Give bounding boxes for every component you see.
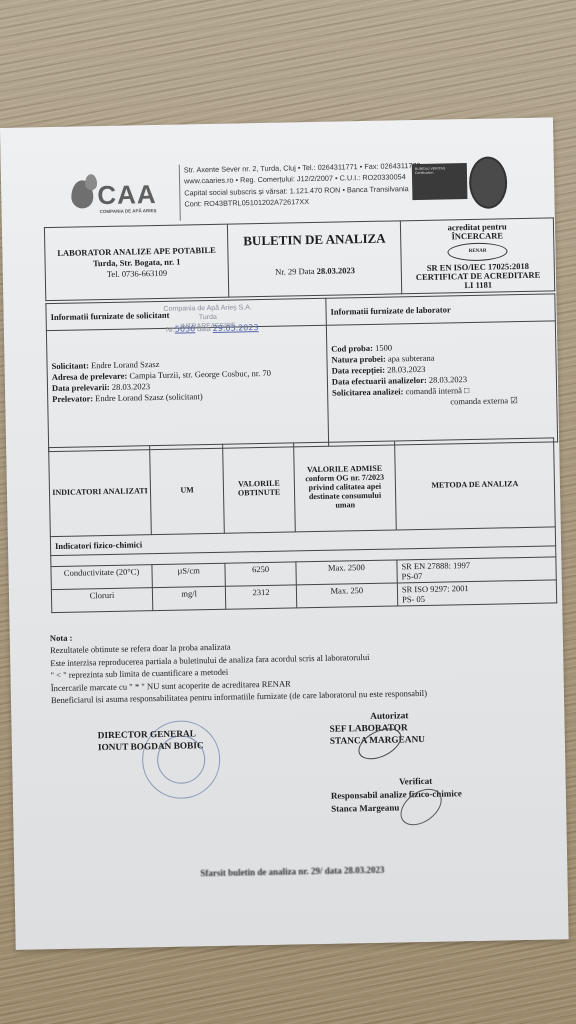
- bulletin-nr-label: Nr. 29 Data: [275, 266, 315, 277]
- column-header: METODA DE ANALIZA: [394, 438, 555, 530]
- field-value: Campia Turzii, str. George Cosbuc, nr. 7…: [129, 368, 271, 381]
- bulletin-title-cell: BULETIN DE ANALIZA Nr. 29 Data 28.03.202…: [228, 221, 402, 297]
- registry-date-label: data: [197, 326, 211, 333]
- bulletin-header-table: LABORATOR ANALIZE APE POTABILE Turda, St…: [44, 217, 555, 301]
- checkbox-empty-icon: □: [464, 385, 469, 395]
- limit-cell: Max. 2500: [296, 560, 397, 585]
- logo-subtitle: COMPANIA DE APĂ ARIEȘ: [100, 208, 157, 214]
- registry-nr-value: 5036: [175, 324, 196, 333]
- unit-cell: mg/l: [152, 586, 226, 610]
- limit-cell: Max. 250: [296, 583, 397, 608]
- field-value: 1500: [375, 343, 392, 353]
- field-value: Endre Lorand Szasz: [91, 359, 160, 370]
- value-cell: 2312: [226, 585, 297, 609]
- director-name: IONUT BOGDAN BOBIC: [98, 740, 204, 754]
- column-header: VALORILE OBTINUTE: [223, 443, 295, 533]
- client-info-cell: Solicitant: Endre Lorand Szasz Adresa de…: [46, 325, 328, 451]
- bulletin-end-line: Sfarsit buletin de analiza nr. 29/ data …: [200, 865, 384, 879]
- water-drop-small-icon: [85, 174, 97, 190]
- results-table: INDICATORI ANALIZATI UM VALORILE OBTINUT…: [48, 437, 557, 613]
- lab-phone: Tel. 0736-663109: [47, 266, 227, 280]
- sample-info-table: Informatii furnizate de solicitant Infor…: [45, 293, 558, 452]
- document-page: CAA COMPANIA DE APĂ ARIEȘ Str. Axente Se…: [0, 117, 569, 949]
- bulletin-title: BULETIN DE ANALIZA: [229, 230, 399, 249]
- checkbox-checked-icon: ☑: [510, 395, 518, 405]
- accreditation-type: ÎNCERCARE: [402, 230, 552, 242]
- header-divider: [179, 165, 181, 221]
- bulletin-number: Nr. 29 Data 28.03.2023: [230, 264, 400, 277]
- registry-nr-label: Nr.: [166, 327, 175, 334]
- certification-text: BUREAU VERITAS Certification: [415, 166, 445, 175]
- bureau-veritas-seal-icon: [469, 156, 508, 209]
- value-cell: 6250: [225, 562, 296, 586]
- renar-logo-icon: RENAR: [447, 242, 507, 261]
- renar-text: RENAR: [469, 248, 487, 253]
- logo-text: CAA: [97, 179, 157, 211]
- field-label: Data recepției:: [332, 365, 386, 376]
- bulletin-date: 28.03.2023: [317, 265, 355, 276]
- field-label: Cod proba:: [331, 343, 373, 354]
- field-label: Prelevator:: [52, 393, 93, 404]
- method-cell: SR EN 27888: 1997PS-07: [397, 557, 557, 583]
- field-value: 28.03.2023: [387, 364, 425, 375]
- method-cell: SR ISO 9297: 2001PS- 05: [397, 580, 557, 606]
- indicator-cell: Conductivitate (20°C): [51, 565, 152, 590]
- director-signature-block: DIRECTOR GENERAL IONUT BOGDAN BOBIC: [98, 728, 204, 754]
- field-value: 28.03.2023: [429, 374, 467, 385]
- certification-badge: BUREAU VERITAS Certification: [412, 163, 468, 200]
- request-external-label: comanda externa: [450, 395, 508, 406]
- lab-info-cell: Cod proba: 1500 Natura probei: apa subte…: [326, 321, 557, 446]
- field-label: Solicitarea analizei:: [332, 386, 404, 397]
- column-header: VALORILE ADMISE conform OG nr. 7/2023 pr…: [294, 441, 397, 532]
- column-header: UM: [150, 444, 225, 534]
- field-label: Data efectuarii analizelor:: [332, 375, 427, 387]
- field-value: Endre Lorand Szasz (solicitant): [95, 391, 203, 403]
- registry-stamp-number: Nr.5036 data 29.03.2023: [166, 323, 259, 334]
- field-value: apa subterana: [388, 353, 435, 364]
- company-logo: CAA COMPANIA DE APĂ ARIEȘ: [67, 167, 178, 223]
- field-label: Data prelevarii:: [52, 382, 110, 393]
- company-contact-info: Str. Axente Sever nr. 2, Turda, Cluj • T…: [184, 160, 422, 210]
- indicator-cell: Cloruri: [51, 588, 152, 613]
- accreditation-cell: acreditat pentru ÎNCERCARE RENAR SR EN I…: [401, 218, 555, 294]
- lab-info-cell: LABORATOR ANALIZE APE POTABILE Turda, St…: [44, 224, 229, 301]
- column-header: INDICATORI ANALIZATI: [49, 446, 152, 537]
- unit-cell: µS/cm: [152, 563, 226, 587]
- notes-section: Nota : Rezultatele obtinute se refera do…: [50, 625, 427, 707]
- registry-date-value: 29.03.2023: [213, 323, 259, 333]
- field-label: Natura probei:: [331, 354, 386, 365]
- field-label: Solicitant:: [51, 360, 88, 371]
- request-internal-label: comandă internă: [405, 385, 462, 396]
- field-value: 28.03.2023: [112, 381, 150, 392]
- field-label: Adresa de prelevare:: [52, 371, 128, 382]
